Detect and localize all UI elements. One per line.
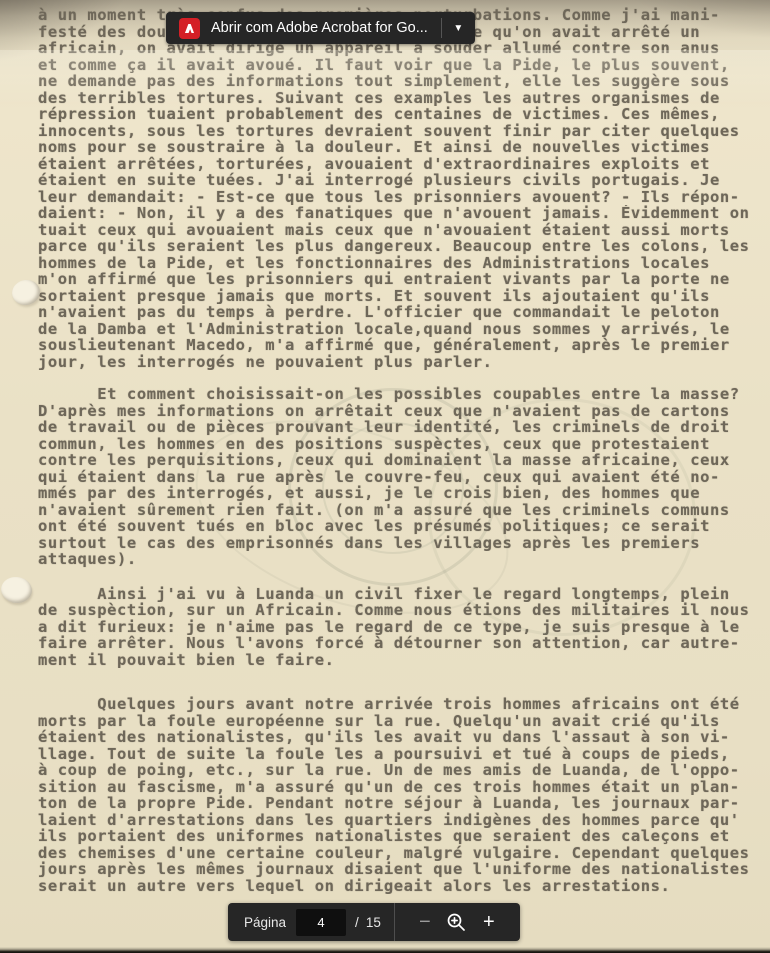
zoom-in-button[interactable]: + bbox=[474, 903, 504, 941]
text-line: attaques). bbox=[38, 551, 760, 568]
page-number-input[interactable] bbox=[296, 909, 346, 936]
magnifier-plus-icon[interactable] bbox=[440, 903, 474, 941]
text-line: a dit furieux: je n'aime pas le regard d… bbox=[38, 619, 760, 636]
text-line: D'après mes informations on arrêtait ceu… bbox=[38, 403, 760, 420]
page-separator: / bbox=[355, 915, 359, 930]
text-line: étaient en suite tuées. J'ai interrogé p… bbox=[38, 172, 760, 189]
zoom-out-button[interactable]: − bbox=[410, 903, 440, 941]
total-pages: 15 bbox=[366, 915, 381, 930]
text-line: faire arrêter. Nous l'avons forcé à déto… bbox=[38, 635, 760, 652]
punch-hole bbox=[0, 575, 34, 605]
text-line: innocents, sous les tortures devraient s… bbox=[38, 123, 760, 140]
text-line: serait un autre vers lequel on dirigeait… bbox=[38, 878, 760, 895]
text-line: n'avaient pas du temps à perdre. L'offic… bbox=[38, 304, 760, 321]
text-line: leur demandait: - Est-ce que tous les pr… bbox=[38, 189, 760, 206]
text-line: commun, les hommes en des positions susp… bbox=[38, 436, 760, 453]
text-line: mmés par des interrogés, et aussi, je le… bbox=[38, 485, 760, 502]
page-controls-toolbar: Página / 15 − + bbox=[228, 903, 520, 941]
paragraph: à un moment très confus des premières pe… bbox=[38, 7, 760, 370]
text-line: jour, les interrogés ne pouvaient plus p… bbox=[38, 354, 760, 371]
text-line: Quelques jours avant notre arrivée trois… bbox=[38, 696, 760, 713]
text-line: ton de la propre Pide. Pendant notre séj… bbox=[38, 795, 760, 812]
text-line: étaient arrêtées, torturées, avouaient d… bbox=[38, 156, 760, 173]
text-line: contre les perquisitions, ceux qui domin… bbox=[38, 452, 760, 469]
text-line: Et comment choisissait-on les possibles … bbox=[38, 386, 760, 403]
text-line: de travail ou de pièces prouvant leur id… bbox=[38, 419, 760, 436]
open-with-acrobat-label: Abrir com Adobe Acrobat for Go... bbox=[211, 20, 428, 36]
text-line: répression tuaient probablement des cent… bbox=[38, 106, 760, 123]
text-line: qui étaient dans la rue après le couvre-… bbox=[38, 469, 760, 486]
text-line: jours après les mêmes journaux disaient … bbox=[38, 861, 760, 878]
text-line: des terribles tortures. Suivant ces exam… bbox=[38, 90, 760, 107]
document-text: à un moment très confus des premières pe… bbox=[38, 7, 760, 910]
text-line: ils portaient des uniformes nationaliste… bbox=[38, 828, 760, 845]
text-line: llage. Tout de suite la foule les a pour… bbox=[38, 746, 760, 763]
text-line: daient: - Non, il y a des fanatiques que… bbox=[38, 205, 760, 222]
adobe-pdf-icon bbox=[179, 18, 200, 39]
paragraph: Et comment choisissait-on les possibles … bbox=[38, 386, 760, 568]
text-line: Ainsi j'ai vu à Luanda un civil fixer le… bbox=[38, 586, 760, 603]
text-line: souslieutenant Macedo, m'a affirmé que, … bbox=[38, 337, 760, 354]
text-line: parce qu'ils seraient les plus dangereux… bbox=[38, 238, 760, 255]
text-line: ment il pouvait bien le faire. bbox=[38, 652, 760, 669]
text-line: sortaient presque jamais que morts. Et s… bbox=[38, 288, 760, 305]
open-with-acrobat-button[interactable]: Abrir com Adobe Acrobat for Go... ▼ bbox=[166, 12, 475, 44]
pdf-viewer: à un moment très confus des premières pe… bbox=[0, 0, 770, 953]
text-line: noms pour se soustraire à la douleur. Et… bbox=[38, 139, 760, 156]
paragraph: Ainsi j'ai vu à Luanda un civil fixer le… bbox=[38, 586, 760, 669]
text-line: m'on affirmé que les prisonniers qui ent… bbox=[38, 271, 760, 288]
text-line: hommes de la Pide, et les fonctionnaires… bbox=[38, 255, 760, 272]
chevron-down-icon[interactable]: ▼ bbox=[442, 12, 475, 44]
text-line: ont été souvent tués en bloc avec les pr… bbox=[38, 518, 760, 535]
text-line: sition au fascisme, m'a assuré qu'un de … bbox=[38, 779, 760, 796]
toolbar-divider bbox=[394, 903, 395, 941]
text-line: laient d'arrestations dans les quartiers… bbox=[38, 812, 760, 829]
paragraph: Quelques jours avant notre arrivée trois… bbox=[38, 696, 760, 894]
page-bottom-edge bbox=[0, 947, 770, 953]
text-line: surtout le cas des emprisonnés dans les … bbox=[38, 535, 760, 552]
text-line: de la Damba et l'Administration locale,q… bbox=[38, 321, 760, 338]
text-line: et comme ça il avait avoué. Il faut voir… bbox=[38, 57, 760, 74]
text-line: tuait ceux qui avouaient mais ceux que n… bbox=[38, 222, 760, 239]
text-line: ne demande pas des informations tout sim… bbox=[38, 73, 760, 90]
text-line: n'avaient sûrement rien fait. (on m'a as… bbox=[38, 502, 760, 519]
text-line: de suspèction, sur un Africain. Comme no… bbox=[38, 602, 760, 619]
open-with-acrobat-main[interactable]: Abrir com Adobe Acrobat for Go... bbox=[166, 12, 441, 44]
page-label: Página bbox=[244, 915, 286, 930]
text-line: à coup de poing, etc., sur la rue. Un de… bbox=[38, 762, 760, 779]
text-line: morts par la foule européenne sur la rue… bbox=[38, 713, 760, 730]
text-line: étaient des nationalistes, qu'ils les av… bbox=[38, 729, 760, 746]
text-line: des chemises d'une certaine couleur, mal… bbox=[38, 845, 760, 862]
